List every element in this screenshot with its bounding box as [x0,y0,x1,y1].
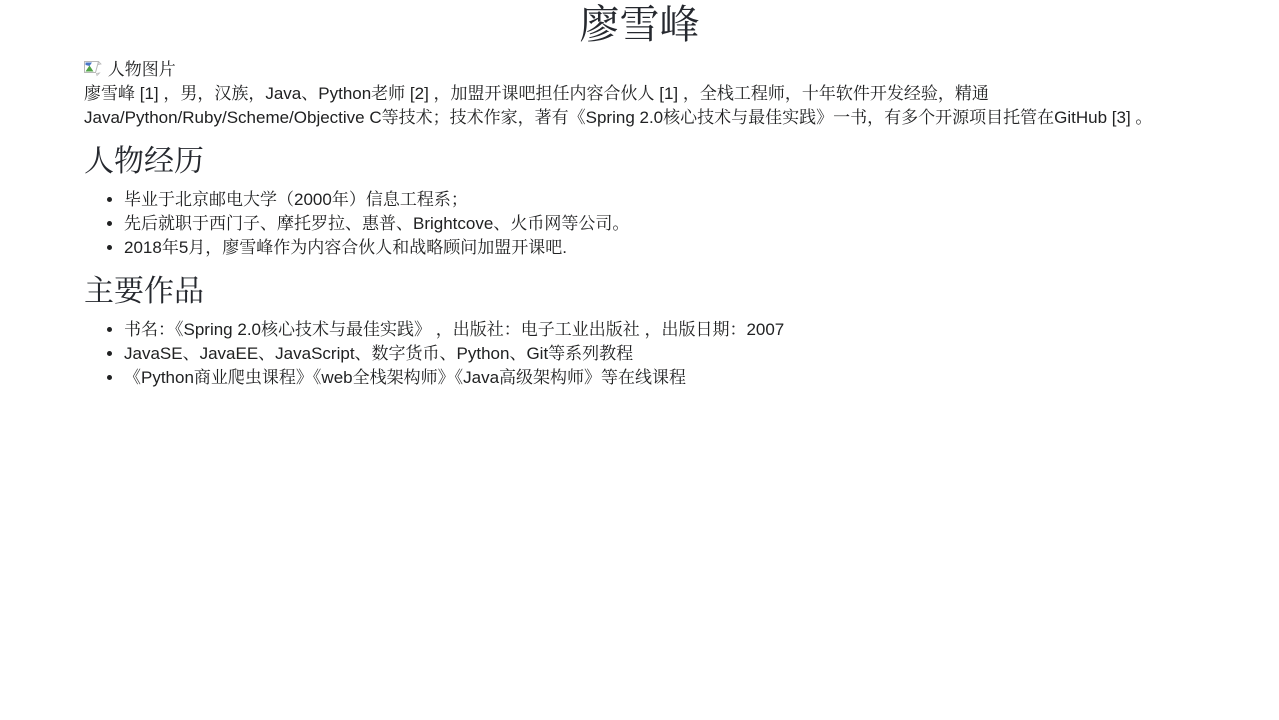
page-title: 廖雪峰 [0,2,1279,48]
profile-image-placeholder: 人物图片 [84,58,1195,82]
experience-item-1: 毕业于北京邮电大学（2000年）信息工程系； [124,188,1195,212]
works-item-1: 书名：《Spring 2.0核心技术与最佳实践》 ，出版社：电子工业出版社 ，出… [124,318,1195,342]
works-list: 书名：《Spring 2.0核心技术与最佳实践》 ，出版社：电子工业出版社 ，出… [84,318,1195,390]
experience-item-3: 2018年5月，廖雪峰作为内容合伙人和战略顾问加盟开课吧. [124,236,1195,260]
works-item-3: 《Python商业爬虫课程》《web全栈架构师》《Java高级架构师》等在线课程 [124,366,1195,390]
section-heading-works: 主要作品 [84,272,1195,312]
article-content: 人物图片 廖雪峰 [1] ，男，汉族，Java、Python老师 [2] ，加盟… [84,58,1195,390]
section-heading-experience: 人物经历 [84,142,1195,182]
works-item-2: JavaSE、JavaEE、JavaScript、数字货币、Python、Git… [124,342,1195,366]
intro-paragraph: 廖雪峰 [1] ，男，汉族，Java、Python老师 [2] ，加盟开课吧担任… [84,82,1195,130]
broken-image-icon [84,61,102,77]
experience-list: 毕业于北京邮电大学（2000年）信息工程系； 先后就职于西门子、摩托罗拉、惠普、… [84,188,1195,260]
experience-item-2: 先后就职于西门子、摩托罗拉、惠普、Brightcove、火币网等公司。 [124,212,1195,236]
profile-image-alt-text: 人物图片 [108,60,176,79]
